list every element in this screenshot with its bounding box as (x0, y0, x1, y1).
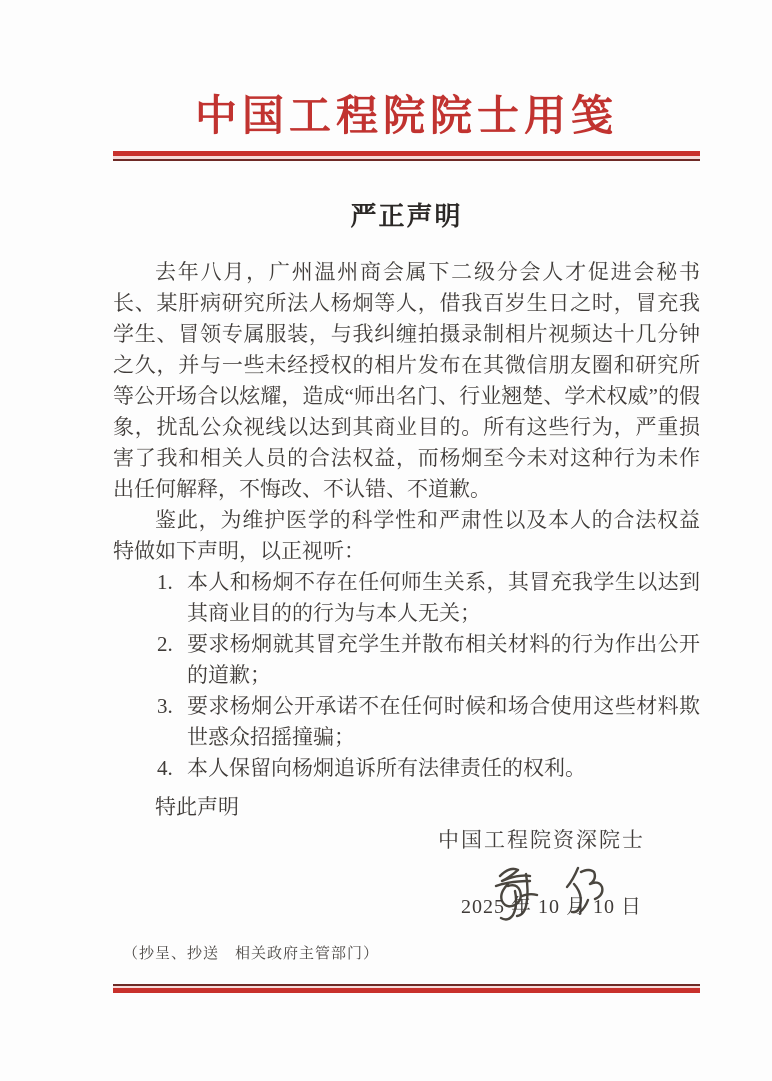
statement-body: 去年八月，广州温州商会属下二级分会人才促进会秘书长、某肝病研究所法人杨炯等人，借… (113, 257, 700, 784)
paragraph-incident: 去年八月，广州温州商会属下二级分会人才促进会秘书长、某肝病研究所法人杨炯等人，借… (113, 257, 700, 505)
signer-title: 中国工程院资深院士 (113, 825, 700, 856)
list-item: 1. 本人和杨炯不存在任何师生关系，其冒充我学生以达到其商业目的的行为与本人无关… (157, 567, 700, 629)
paragraph-preamble: 鉴此，为维护医学的科学性和严肃性以及本人的合法权益特做如下声明，以正视听： (113, 505, 700, 567)
footer-rule-thick (113, 988, 700, 993)
list-item-text: 要求杨炯就其冒充学生并散布相关材料的行为作出公开的道歉； (187, 629, 700, 691)
cc-note: （抄呈、抄送 相关政府主管部门） (113, 942, 700, 963)
closing-phrase: 特此声明 (113, 792, 700, 823)
list-item: 2. 要求杨炯就其冒充学生并散布相关材料的行为作出公开的道歉； (157, 629, 700, 691)
letterhead-rule (113, 151, 700, 161)
letterhead-title: 中国工程院院士用笺 (113, 92, 700, 142)
signature-block: 中国工程院资深院士 2025 年 10 月 10 日 (113, 825, 700, 920)
footer-rule (113, 984, 700, 993)
list-item: 3. 要求杨炯公开承诺不在任何时候和场合使用这些材料欺世惑众招摇撞骗； (157, 691, 700, 753)
list-item-text: 本人和杨炯不存在任何师生关系，其冒充我学生以达到其商业目的的行为与本人无关； (187, 567, 700, 629)
document-heading: 严正声明 (113, 201, 700, 232)
list-item-text: 本人保留向杨炯追诉所有法律责任的权利。 (187, 753, 700, 784)
list-item: 4. 本人保留向杨炯追诉所有法律责任的权利。 (157, 753, 700, 784)
letterhead-rule-thin (113, 159, 700, 161)
declaration-list: 1. 本人和杨炯不存在任何师生关系，其冒充我学生以达到其商业目的的行为与本人无关… (157, 567, 700, 784)
list-item-number: 4. (157, 753, 187, 784)
statement-page: 中国工程院院士用笺 严正声明 去年八月，广州温州商会属下二级分会人才促进会秘书长… (0, 0, 772, 1081)
list-item-number: 2. (157, 629, 187, 691)
list-item-text: 要求杨炯公开承诺不在任何时候和场合使用这些材料欺世惑众招摇撞骗； (187, 691, 700, 753)
list-item-number: 1. (157, 567, 187, 629)
list-item-number: 3. (157, 691, 187, 753)
date: 2025 年 10 月 10 日 (113, 894, 700, 920)
